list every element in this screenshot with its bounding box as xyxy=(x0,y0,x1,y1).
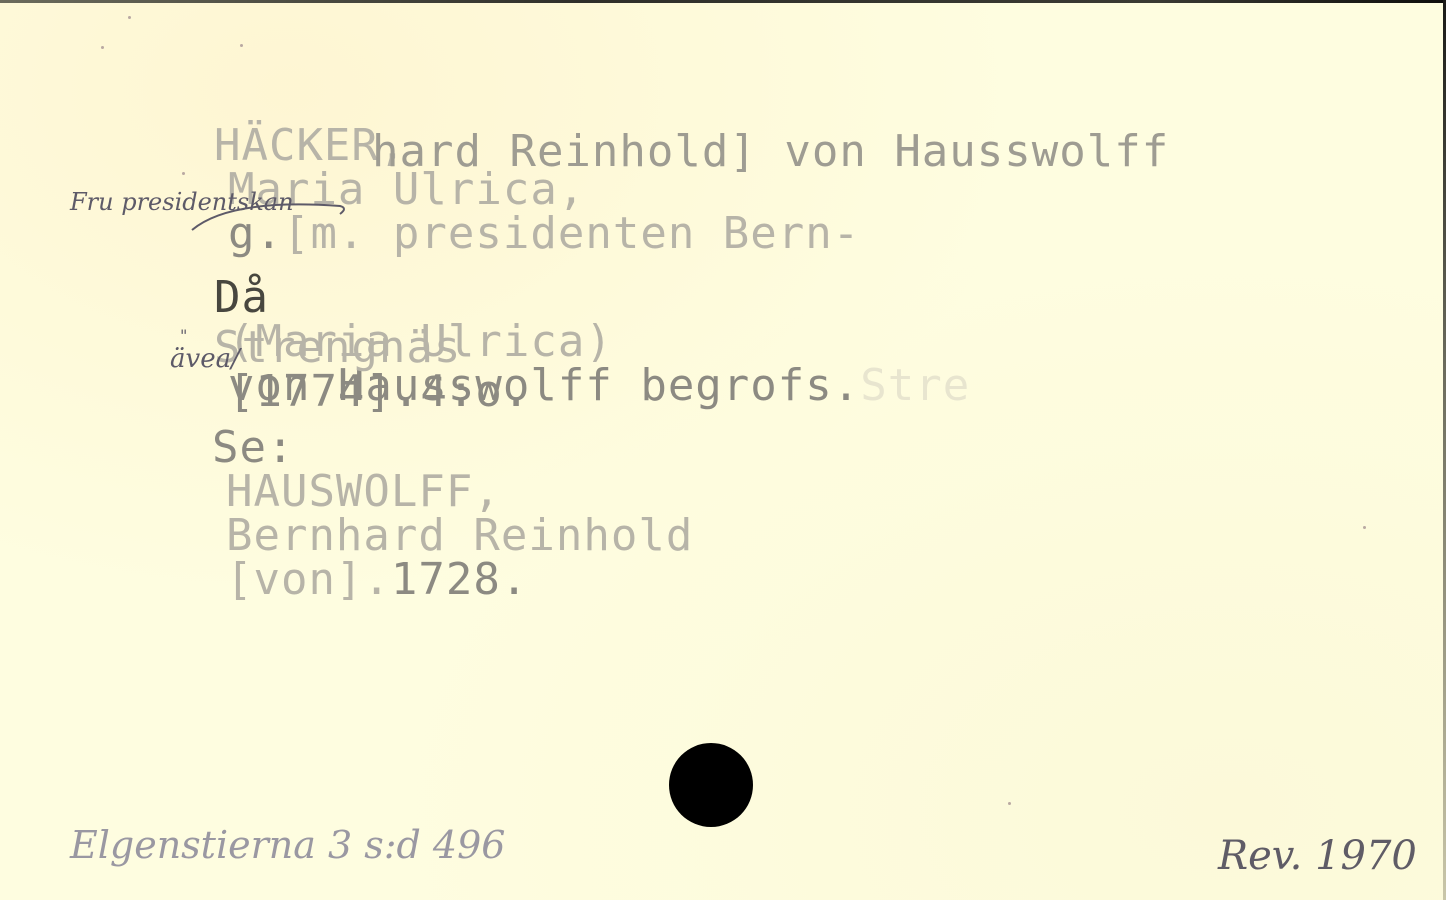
footer-revision-note: Rev. 1970 xyxy=(1218,836,1417,876)
see-target-year: 1728. xyxy=(391,554,528,605)
paper-speck xyxy=(182,172,185,175)
heading-line-2: hard Reinhold] von Hausswolff xyxy=(372,130,1169,174)
footer-source-note: Elgenstierna 3 s:d 496 xyxy=(70,826,505,864)
catalog-card: HÄCKER, Maria Ulrica, g.[m. presidenten … xyxy=(0,0,1446,900)
see-reference-line: Se: HAUSWOLFF, Bernhard Reinhold [von].1… xyxy=(102,382,693,646)
handwritten-annotation-see: ävea/ xyxy=(170,346,240,372)
paper-speck xyxy=(1363,526,1366,529)
handwritten-quote-mark: " xyxy=(180,328,187,344)
annotation-arc-icon xyxy=(190,192,350,232)
paper-speck xyxy=(240,44,243,47)
see-target-particle: [von]. xyxy=(226,554,391,605)
paper-speck xyxy=(128,16,131,19)
paper-speck xyxy=(101,46,104,49)
card-top-edge xyxy=(0,0,1446,3)
title-cut-text: Stre xyxy=(860,360,970,411)
punch-hole xyxy=(669,743,753,827)
paper-speck xyxy=(1008,802,1011,805)
